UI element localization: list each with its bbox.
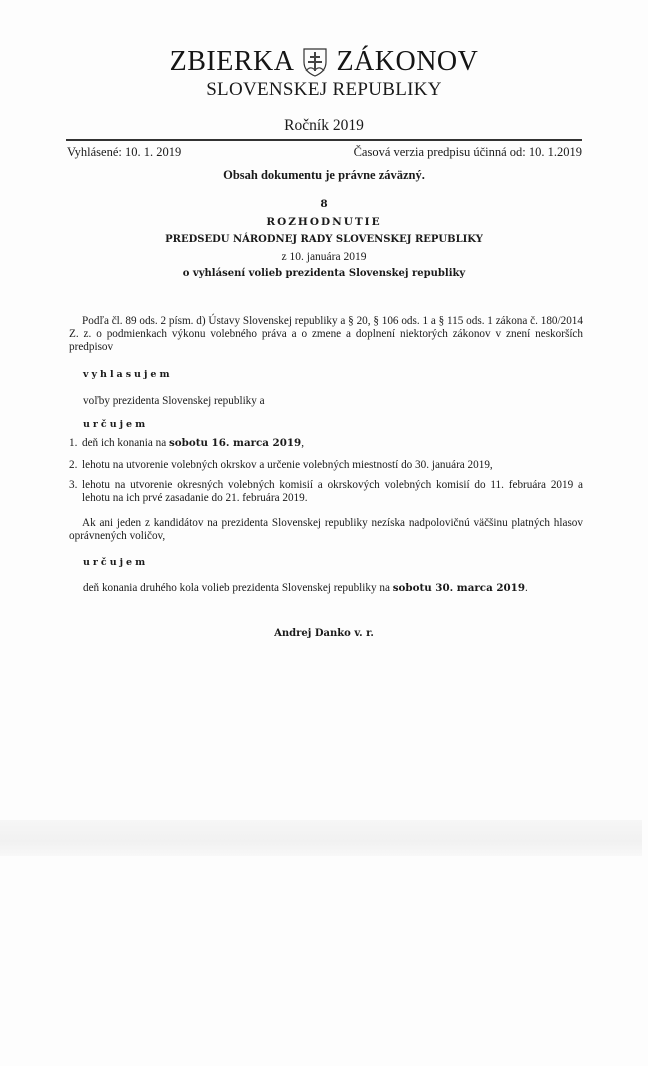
published-date: Vyhlásené: 10. 1. 2019 <box>67 145 181 160</box>
second-round-line: deň konania druhého kola volieb preziden… <box>83 582 528 594</box>
act-kind: ROZHODNUTIE <box>0 216 648 228</box>
list-item-text: lehotu na utvorenie volebných okrskov a … <box>82 459 583 472</box>
second-round-date: sobotu 30. marca 2019 <box>393 582 525 594</box>
slovak-coat-of-arms-icon <box>302 47 328 77</box>
intro-paragraph: Podľa čl. 89 ods. 2 písm. d) Ústavy Slov… <box>69 315 583 354</box>
masthead-left-word: ZBIERKA <box>170 46 295 78</box>
list-item: 3. lehotu na utvorenie okresných volebný… <box>69 479 583 505</box>
condition-paragraph: Ak ani jeden z kandidátov na prezidenta … <box>69 517 583 543</box>
second-round-suffix: . <box>525 582 528 594</box>
act-number: 8 <box>0 198 648 210</box>
list-item: 1. deň ich konania na sobotu 16. marca 2… <box>69 437 583 450</box>
scan-artifact-band <box>0 820 642 856</box>
list-item-number: 3. <box>69 479 82 505</box>
act-issuer: PREDSEDU NÁRODNEJ RADY SLOVENSKEJ REPUBL… <box>0 234 648 245</box>
effective-version: Časová verzia predpisu účinná od: 10. 1.… <box>354 145 582 160</box>
announce-keyword: vyhlasujem <box>83 369 173 380</box>
header-rule <box>66 139 582 141</box>
act-date: z 10. januára 2019 <box>0 251 648 263</box>
volume-year: Ročník 2019 <box>0 117 648 135</box>
determine-keyword: určujem <box>83 419 148 430</box>
announce-text: voľby prezidenta Slovenskej republiky a <box>83 395 265 407</box>
masthead-right-word: ZÁKONOV <box>336 46 478 78</box>
act-subject: o vyhlásení volieb prezidenta Slovenskej… <box>0 268 648 279</box>
binding-note: Obsah dokumentu je právne záväzný. <box>0 168 648 183</box>
list-item-suffix: , <box>301 437 304 449</box>
masthead: ZBIERKA ZÁKONOV SLOVENSKEJ REPUBLIKY <box>0 46 648 101</box>
list-item-bold: sobotu 16. marca 2019 <box>169 437 301 449</box>
list-item-number: 1. <box>69 437 82 450</box>
list-item-text: lehotu na utvorenie okresných volebných … <box>82 479 583 505</box>
list-item-text: deň ich konania na <box>82 437 169 449</box>
determine-keyword-2: určujem <box>83 557 148 568</box>
list-item-number: 2. <box>69 459 82 472</box>
signature: Andrej Danko v. r. <box>0 628 648 639</box>
masthead-subtitle: SLOVENSKEJ REPUBLIKY <box>0 79 648 101</box>
list-item: 2. lehotu na utvorenie volebných okrskov… <box>69 459 583 472</box>
second-round-text: deň konania druhého kola volieb preziden… <box>83 582 393 594</box>
